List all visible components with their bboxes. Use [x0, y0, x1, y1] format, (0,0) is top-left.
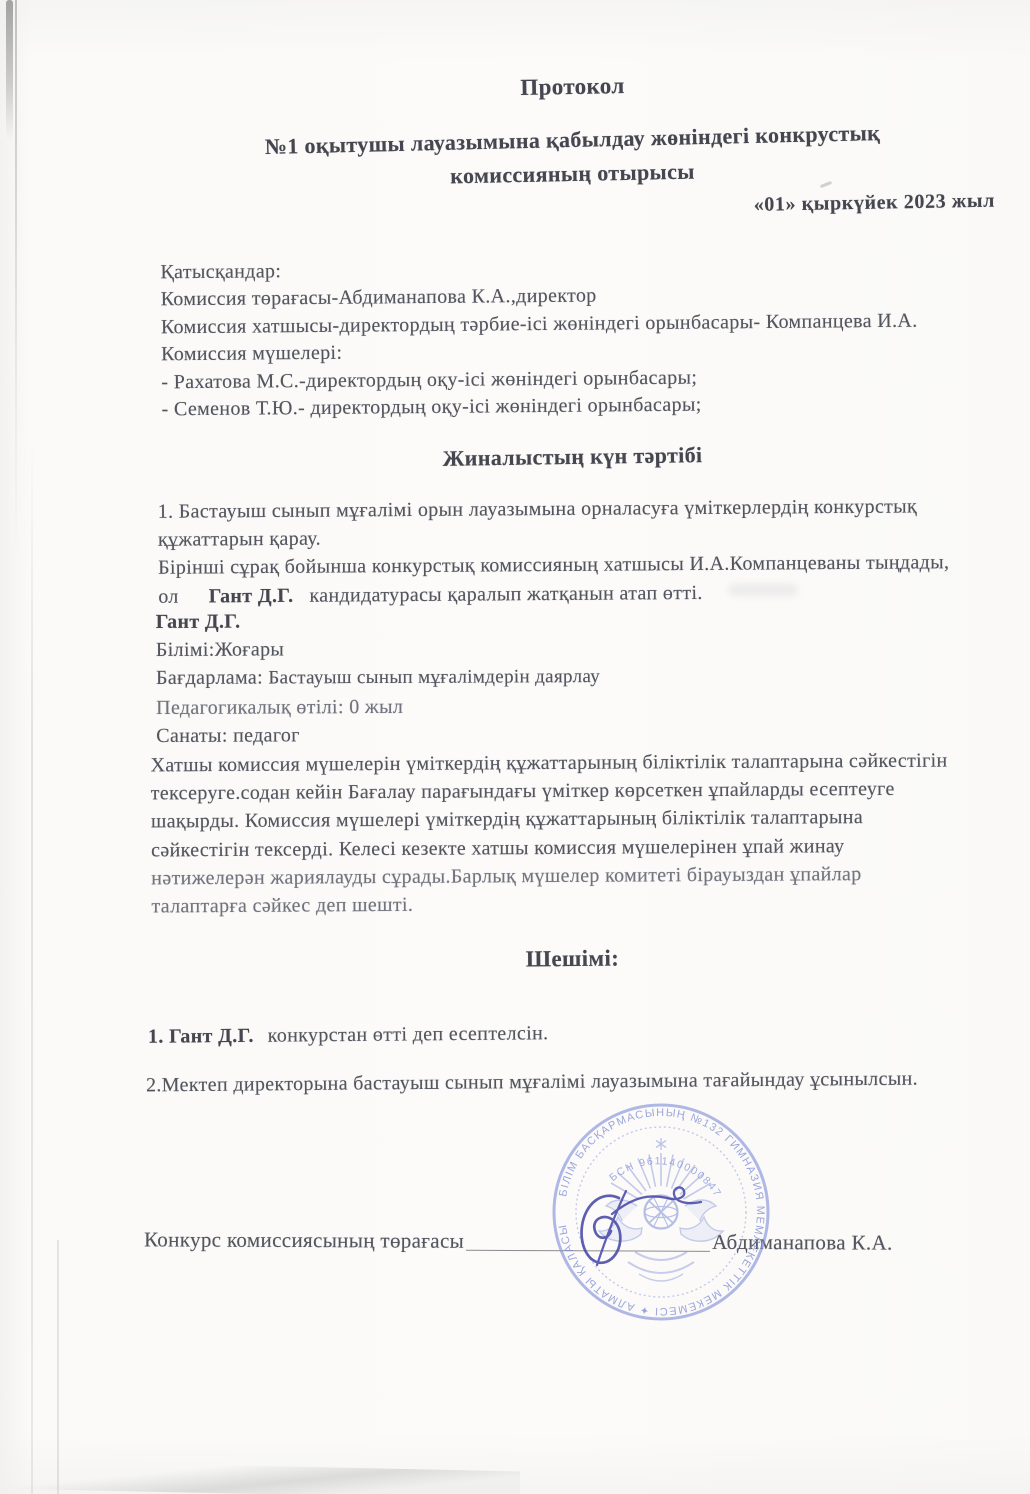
agenda-line: 1. Бастауыш сынып мұғалімі орын лауазымы…: [158, 492, 949, 526]
signature-row: Конкурс комиссиясының төрағасы Абдиманап…: [144, 1226, 893, 1255]
scan-edge-line: [31, 430, 33, 1494]
candidate-block: Гант Д.Г. Білімі:Жоғары Бағдарлама: Баст…: [156, 606, 601, 750]
scan-edge-line: [57, 1240, 59, 1494]
paper-fold-shadow: [0, 1461, 520, 1494]
signature-stroke: [545, 1168, 745, 1298]
program-value: Бастауыш сынып мұғалімдерін даярлау: [268, 666, 600, 688]
narrative-line: нәтижелерән жариялауды сұрады.Барлық мүш…: [151, 859, 948, 892]
document-title: Протокол: [150, 66, 995, 108]
decision-heading: Шешімі:: [150, 942, 995, 977]
decision-item-1: 1. Гант Д.Г.конкурстан өтті деп есептелс…: [148, 1022, 549, 1048]
agenda-heading: Жиналыстың күн тәртібі: [150, 438, 995, 476]
scan-edge-artifact: [6, 0, 13, 140]
candidate-experience: Педагогикалық өтілі: 0 жыл: [156, 692, 600, 722]
decision-item-1-text: конкурстан өтті деп есептелсін.: [268, 1022, 549, 1046]
agenda-block: 1. Бастауыш сынып мұғалімі орын лауазымы…: [158, 492, 950, 610]
participants-block: Қатысқандар: Комиссия төрағасы-Абдиманап…: [160, 253, 918, 424]
agenda-line: Бірінші сұрақ бойынша конкурстық комисси…: [158, 549, 949, 583]
mention-prefix: ол: [158, 585, 179, 607]
candidate-program: Бағдарлама: Бастауыш сынып мұғалімдерін …: [156, 662, 600, 693]
candidate-name-inline: Гант Д.Г.: [209, 584, 294, 607]
candidate-name: Гант Д.Г.: [156, 606, 600, 636]
signature-role: Конкурс комиссиясының төрағасы: [144, 1227, 464, 1253]
narrative-block: Хатшы комиссия мүшелерін үміткердің құжа…: [150, 747, 948, 921]
candidate-category: Санаты: педагог: [156, 720, 600, 750]
mention-suffix: кандидатурасы қаралып жатқанын атап өтті…: [309, 582, 702, 607]
participant-line: - Семенов Т.Ю.- директордың оқу-ісі жөні…: [161, 390, 918, 424]
scan-edge-line: [15, 0, 17, 560]
document-date: «01» қыркүйек 2023 жыл: [150, 190, 995, 228]
candidate-education: Білімі:Жоғары: [156, 634, 600, 664]
narrative-line: талаптарға сәйкес деп шешті.: [151, 888, 948, 921]
narrative-line: шақырды. Комиссия мүшелері үміткердің құ…: [151, 803, 948, 836]
scanned-protocol-document: Протокол №1 оқытушы лауазымына қабылдау …: [0, 0, 1030, 1494]
decision-item-1-name: 1. Гант Д.Г.: [148, 1025, 254, 1048]
decision-item-2: 2.Мектеп директорына бастауыш сынып мұға…: [146, 1068, 918, 1098]
program-label: Бағдарлама:: [156, 667, 263, 689]
